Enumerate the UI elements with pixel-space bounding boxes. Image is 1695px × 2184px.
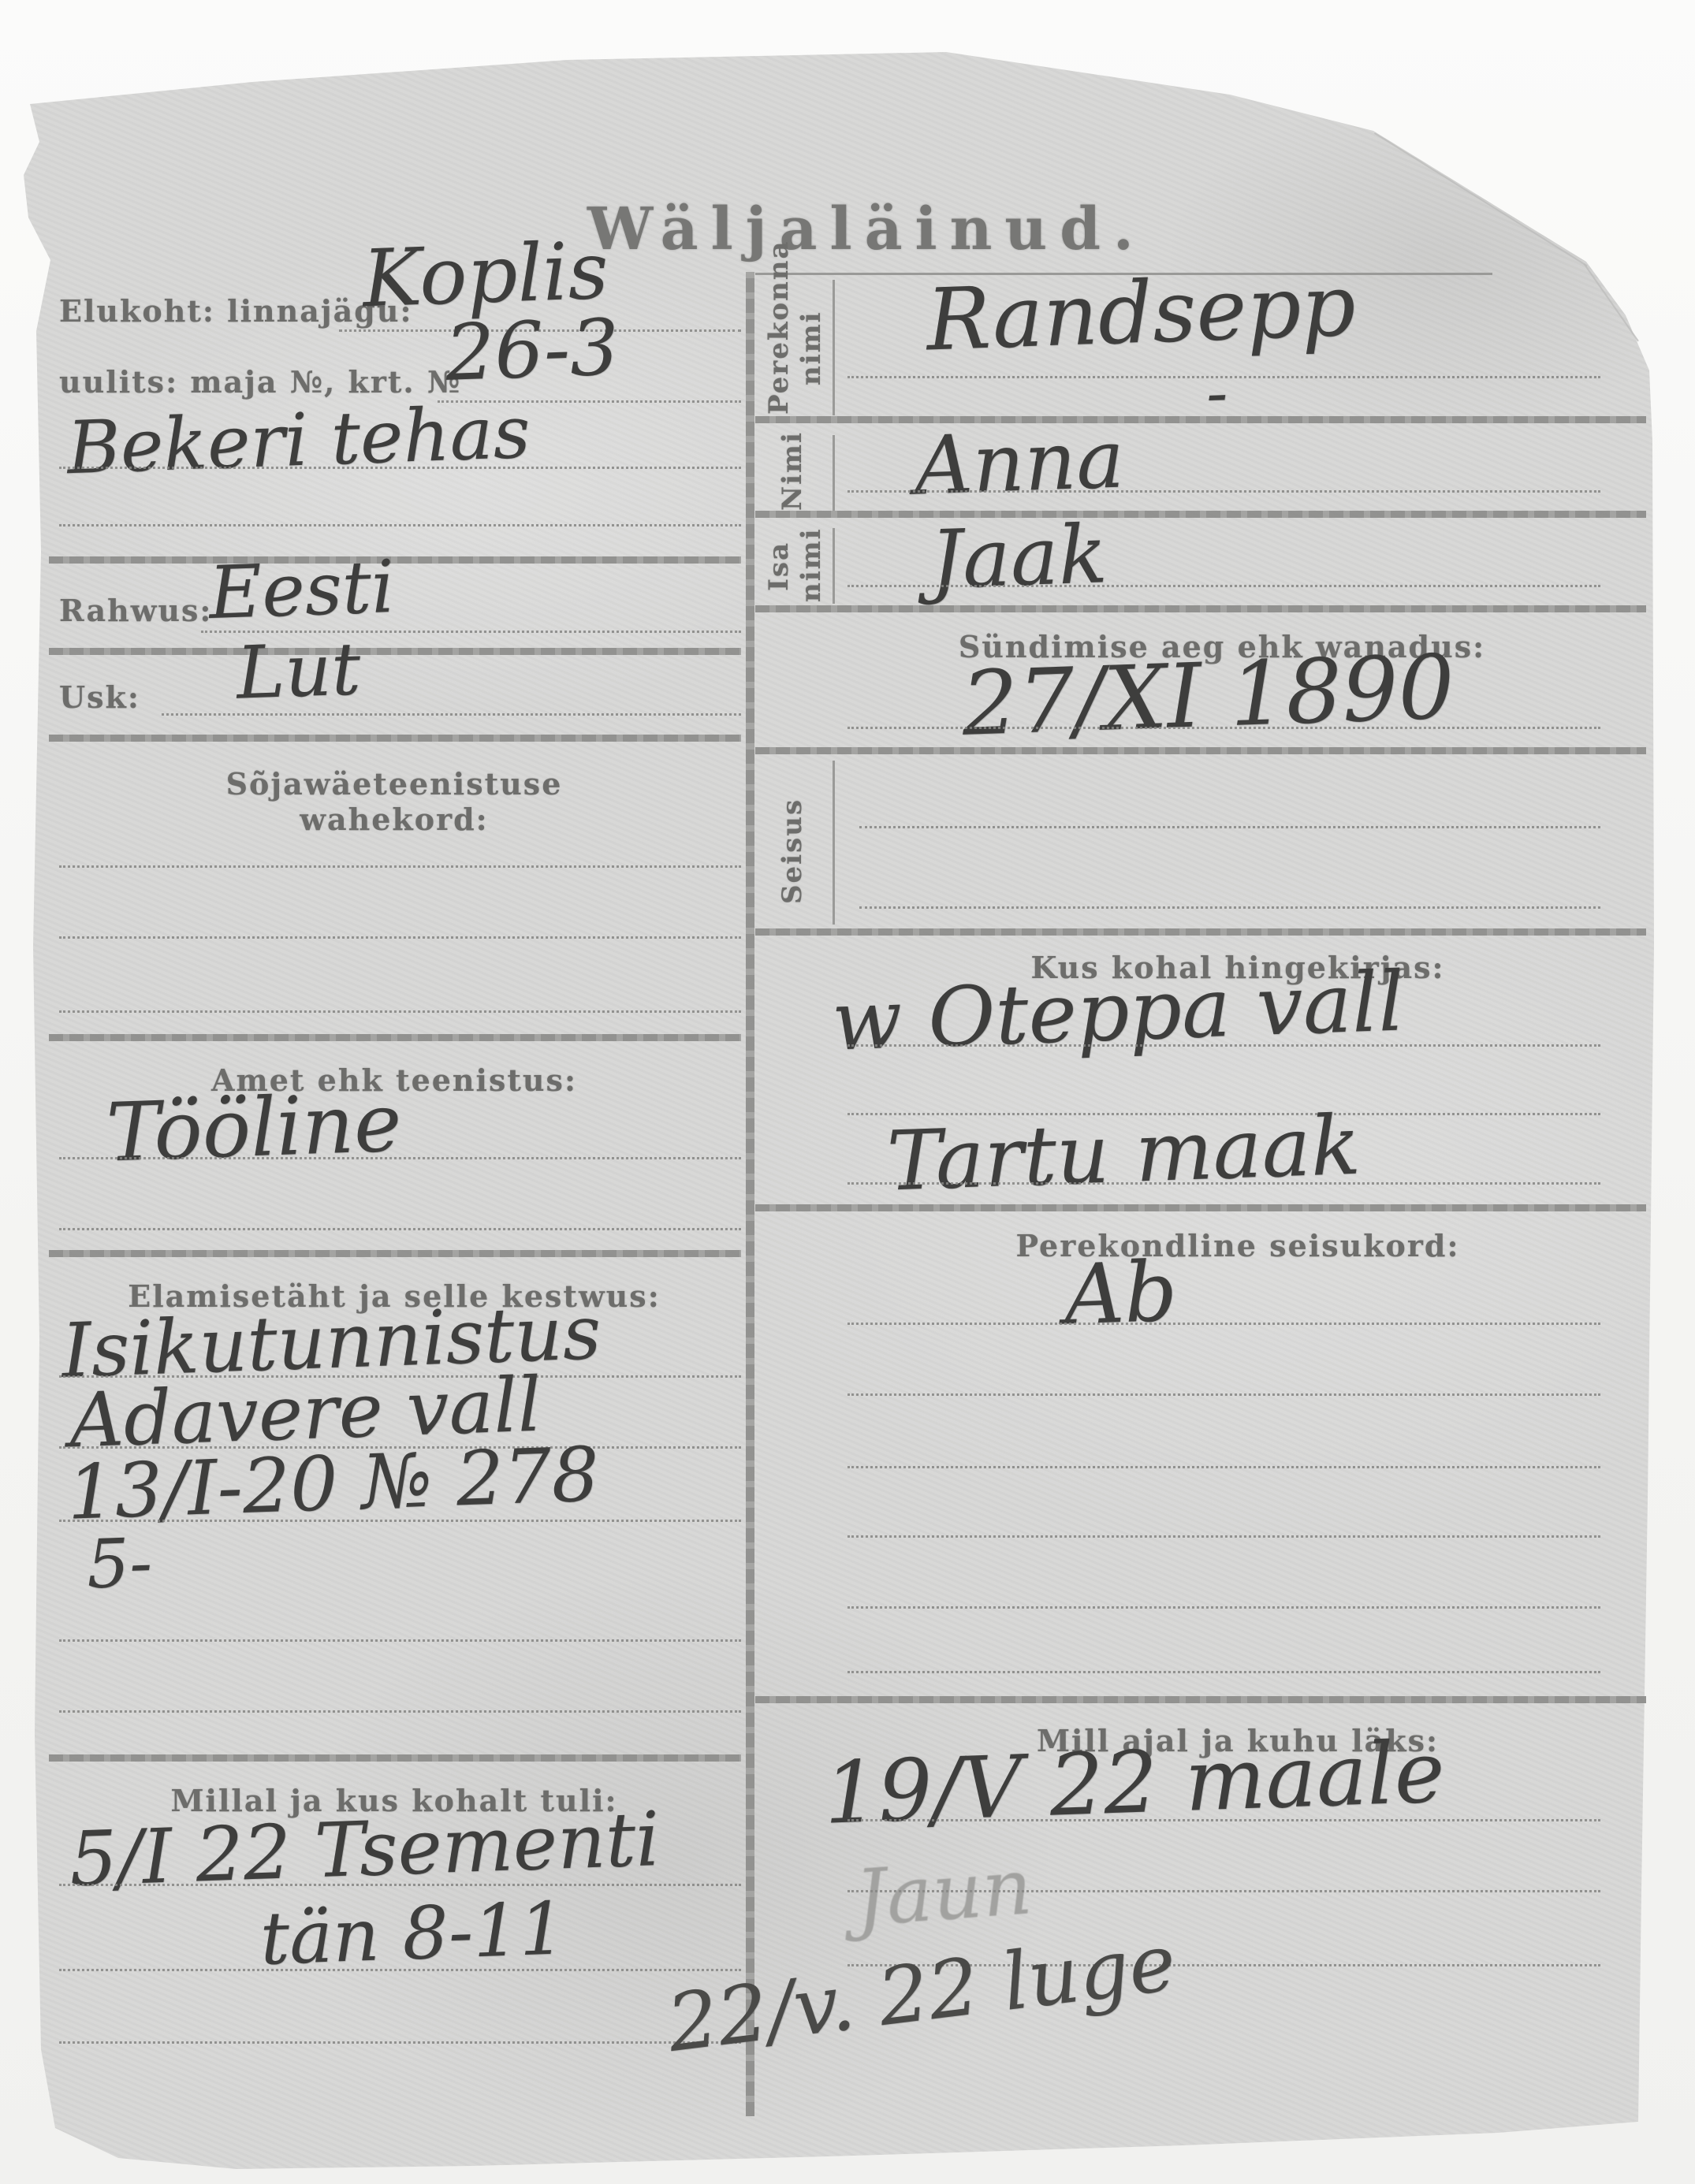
dotted-line	[847, 490, 1600, 493]
dotted-line	[59, 1884, 741, 1886]
religion-label: Usk:	[59, 679, 140, 715]
dotted-line	[59, 936, 741, 939]
scanned-document: Wäljaläinud. Elukoht: linnajägu: Koplis …	[0, 0, 1695, 2184]
dotted-line	[59, 1639, 741, 1642]
dotted-line	[859, 906, 1600, 909]
label-gutter-line	[833, 280, 835, 415]
dotted-line	[59, 524, 741, 526]
dotted-line	[59, 1228, 741, 1230]
dotted-line	[859, 826, 1600, 828]
first-name-label: Nimi	[777, 438, 809, 511]
separator-bar	[755, 747, 1646, 754]
family-name-label: Perekonna nimi	[763, 282, 828, 415]
marital-status-label: Perekondline seisukord:	[985, 1228, 1490, 1263]
residence-label: Elukoht: linnajägu:	[59, 293, 413, 329]
dotted-line	[847, 1535, 1600, 1538]
dotted-line	[59, 1010, 741, 1013]
occupation-value: Tööline	[105, 1077, 403, 1181]
separator-bar	[755, 1204, 1646, 1211]
dotted-line	[59, 1157, 741, 1159]
dotted-line	[847, 727, 1600, 729]
page-title: Wäljaläinud.	[587, 195, 1146, 263]
dotted-line	[162, 713, 741, 716]
nationality-label: Rahwus:	[59, 593, 212, 628]
separator-bar	[755, 511, 1646, 518]
dotted-line	[59, 2041, 741, 2044]
dotted-line	[847, 1323, 1600, 1325]
dotted-line	[847, 1044, 1600, 1047]
separator-bar	[755, 605, 1646, 612]
departure-pencil-note: Jaun	[852, 1842, 1034, 1944]
label-gutter-line	[833, 528, 835, 604]
father-name-label: Isa nimi	[763, 530, 828, 602]
family-name-value: Randsepp	[925, 257, 1358, 370]
parish-line1: w Oteppa vall	[830, 953, 1406, 1069]
label-gutter-line	[833, 761, 835, 925]
separator-bar	[49, 1034, 741, 1041]
separator-bar	[755, 928, 1646, 936]
marital-status-value: Ab	[1063, 1244, 1179, 1344]
separator-bar	[49, 1250, 741, 1257]
label-gutter-line	[833, 435, 835, 511]
street-value: 26-3	[444, 303, 620, 399]
dotted-line	[847, 1393, 1600, 1396]
dotted-line	[59, 1969, 741, 1971]
dotted-line	[847, 1890, 1600, 1892]
dotted-line	[847, 1606, 1600, 1609]
dotted-line	[59, 1710, 741, 1713]
religion-value: Lut	[235, 627, 362, 715]
birth-date-value: 27/XI 1890	[960, 636, 1456, 756]
dotted-line	[847, 1466, 1600, 1468]
dotted-line	[847, 1819, 1600, 1821]
permit-line4: 5-	[85, 1524, 153, 1605]
father-name-value: Jaak	[929, 508, 1108, 608]
street-value-line2: Bekeri tehas	[65, 390, 531, 490]
separator-bar	[755, 1696, 1646, 1703]
separator-bar	[49, 1754, 741, 1762]
dotted-line	[847, 1182, 1600, 1185]
nationality-value: Eesti	[207, 545, 396, 635]
military-service-label: Sõjawäeteenistuse wahekord:	[126, 766, 662, 837]
dotted-line	[59, 467, 741, 469]
parish-line2: Tartu maak	[885, 1097, 1362, 1210]
status-label: Seisus	[777, 776, 809, 926]
dotted-line	[847, 585, 1600, 587]
separator-bar	[49, 648, 741, 655]
separator-bar	[755, 416, 1646, 423]
dotted-line	[59, 1520, 741, 1522]
separator-bar	[49, 735, 741, 742]
dotted-line	[59, 865, 741, 868]
separator-bar	[49, 556, 741, 564]
dotted-line	[847, 1671, 1600, 1673]
first-name-value: Anna	[913, 412, 1126, 513]
arrival-line2: tän 8-11	[259, 1886, 567, 1981]
column-divider	[746, 272, 754, 2116]
